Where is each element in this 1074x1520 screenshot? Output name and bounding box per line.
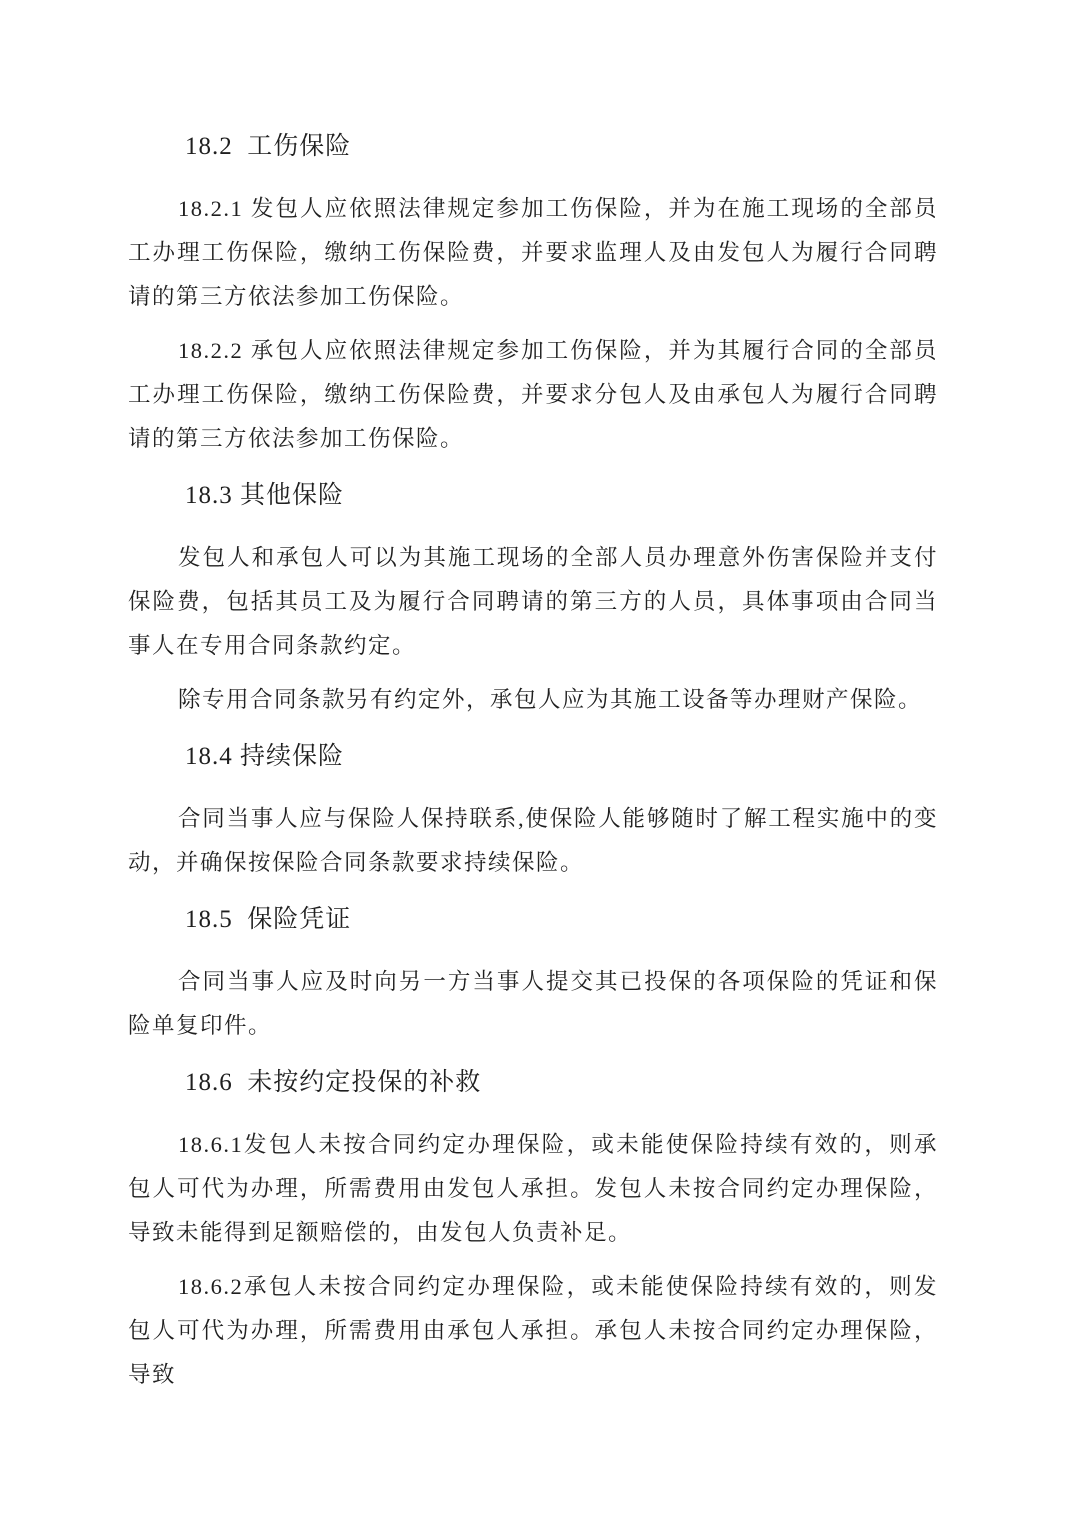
document-page: 18.2 工伤保险 18.2.1 发包人应依照法律规定参加工伤保险，并为在施工现… [0,0,1074,1520]
section-18-4: 18.4 持续保险 合同当事人应与保险人保持联系,使保险人能够随时了解工程实施中… [128,735,938,885]
section-18-3: 18.3 其他保险 发包人和承包人可以为其施工现场的全部人员办理意外伤害保险并支… [128,474,938,722]
paragraph: 合同当事人应及时向另一方当事人提交其已投保的各项保险的凭证和保险单复印件。 [128,960,938,1048]
section-18-2: 18.2 工伤保险 18.2.1 发包人应依照法律规定参加工伤保险，并为在施工现… [128,125,938,461]
paragraph-18-2-1: 18.2.1 发包人应依照法律规定参加工伤保险，并为在施工现场的全部员工办理工伤… [128,187,938,319]
section-heading: 18.3 其他保险 [128,474,938,518]
section-heading: 18.5 保险凭证 [128,898,938,942]
section-18-6: 18.6 未按约定投保的补救 18.6.1发包人未按合同约定办理保险，或未能使保… [128,1061,938,1397]
paragraph-18-6-1: 18.6.1发包人未按合同约定办理保险，或未能使保险持续有效的，则承包人可代为办… [128,1123,938,1255]
paragraph-18-6-2: 18.6.2承包人未按合同约定办理保险，或未能使保险持续有效的，则发包人可代为办… [128,1265,938,1397]
paragraph-18-2-2: 18.2.2 承包人应依照法律规定参加工伤保险，并为其履行合同的全部员工办理工伤… [128,329,938,461]
section-heading: 18.6 未按约定投保的补救 [128,1061,938,1105]
paragraph: 合同当事人应与保险人保持联系,使保险人能够随时了解工程实施中的变动，并确保按保险… [128,797,938,885]
section-heading: 18.4 持续保险 [128,735,938,779]
paragraph: 除专用合同条款另有约定外，承包人应为其施工设备等办理财产保险。 [128,678,938,722]
section-18-5: 18.5 保险凭证 合同当事人应及时向另一方当事人提交其已投保的各项保险的凭证和… [128,898,938,1048]
paragraph: 发包人和承包人可以为其施工现场的全部人员办理意外伤害保险并支付保险费，包括其员工… [128,536,938,668]
section-heading: 18.2 工伤保险 [128,125,938,169]
